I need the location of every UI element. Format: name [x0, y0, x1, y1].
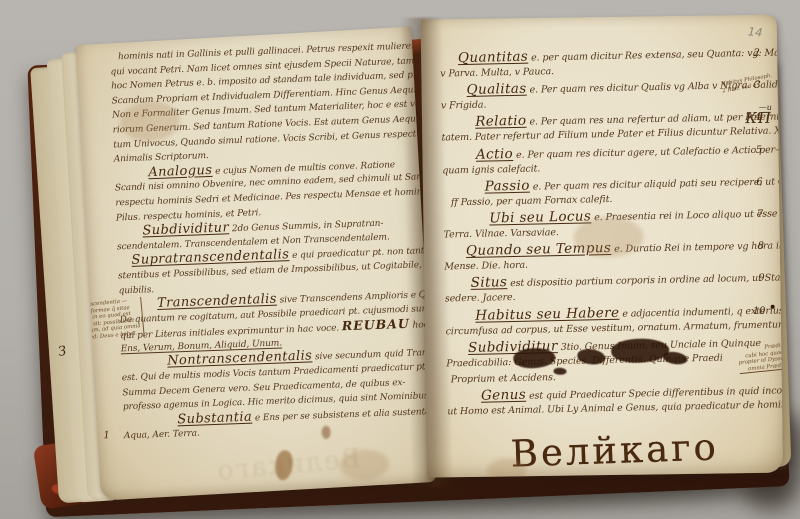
line-text: v Parva. Multa, v Pauca. [440, 66, 554, 79]
section-heading: Relatio [475, 113, 527, 130]
section-heading: Qualitas [466, 81, 526, 98]
line-text: quam ignis calefacit. [442, 163, 540, 176]
section-heading: Analogus [148, 163, 213, 180]
line-text: Aqua, Aer. Terra. [124, 429, 200, 442]
line-text: Proprium et Accidens. [451, 372, 556, 385]
right-manuscript-page: 14 —u КП Habitus Philosoph.2 Rad. vod e … [421, 15, 783, 478]
open-book: З КТ hominis nati in Gallinis et pulli g… [16, 0, 790, 517]
photograph-of-open-manuscript-book: З КТ hominis nati in Gallinis et pulli g… [0, 0, 800, 519]
section-heading: Situs [470, 274, 507, 291]
foxing-spot [487, 458, 527, 477]
line-text: Terra. Vilnae. Varsaviae. [444, 227, 559, 240]
section-heading: Genus [481, 387, 526, 404]
line-text: ff Passio, per quam Fornax calefit. [451, 194, 613, 208]
line-text: Mense. Die. hora. [444, 260, 528, 273]
section-heading: Actio [476, 146, 514, 163]
line-text: v Frigida. [441, 100, 487, 112]
brown-stain [321, 426, 331, 439]
left-page-text-block: hominis nati in Gallinis et pulli gallin… [110, 39, 426, 444]
line-text: quibilis. [118, 285, 154, 296]
pencil-folio-number: 14 [748, 24, 764, 39]
section-heading: Passio [484, 177, 530, 194]
ink-fleck [771, 305, 775, 309]
emphasized-word: REUBAU [342, 316, 410, 333]
section-heading: Quantitas [458, 49, 529, 66]
line-text: sedere. Jacere. [445, 292, 516, 304]
large-cyrillic-word: Велйкаго [510, 425, 719, 475]
ink-blot [553, 368, 566, 375]
left-manuscript-page: hominis nati in Gallinis et pulli gallin… [76, 27, 437, 501]
left-margin-number: 1 [103, 430, 110, 441]
